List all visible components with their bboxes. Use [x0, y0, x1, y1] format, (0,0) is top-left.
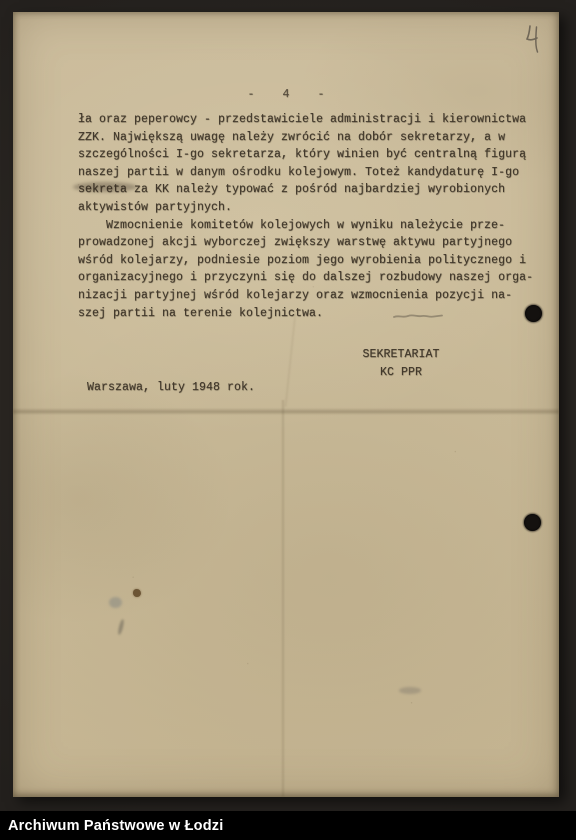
dateline: Warszawa, luty 1948 rok. — [87, 379, 255, 397]
pencil-squiggle-mark — [393, 311, 443, 320]
archive-name-label: Archiwum Państwowe w Łodzi — [0, 818, 223, 834]
typed-line: aktywistów partyjnych. — [78, 199, 548, 217]
document-page: - 4 - ła oraz peperowcy - przedstawiciel… — [13, 12, 559, 797]
archive-footer-bar: Archiwum Państwowe w Łodzi — [0, 811, 576, 840]
signature-committee: KC PPR — [361, 364, 441, 382]
stain-gray — [109, 597, 122, 608]
pencil-numeral-4-icon — [524, 23, 544, 55]
typed-line: wśród kolejarzy, podniesie poziom jego w… — [78, 252, 548, 270]
punch-hole-upper — [525, 305, 542, 322]
typed-line: naszej partii w danym ośrodku kolejowym.… — [78, 164, 548, 182]
typed-line: ła oraz peperowcy - przedstawiciele admi… — [78, 111, 548, 129]
typed-line: nizacji partyjnej wśród kolejarzy oraz w… — [78, 287, 548, 305]
typed-line: szej partii na terenie kolejnictwa. — [78, 305, 548, 323]
typewriter-correction-smudge — [73, 182, 137, 192]
faint-smudge — [399, 687, 421, 694]
typed-body-text: ła oraz peperowcy - przedstawiciele admi… — [78, 111, 548, 322]
typed-line: Wzmocnienie komitetów kolejowych w wynik… — [78, 217, 548, 235]
signature-org: SEKRETARIAT — [361, 346, 441, 364]
scan-viewer: - 4 - ła oraz peperowcy - przedstawiciel… — [0, 0, 576, 840]
typed-line: ZZK. Największą uwagę należy zwrócić na … — [78, 129, 548, 147]
typed-line: organizacyjnego i przyczyni się do dalsz… — [78, 269, 548, 287]
stain-gray-tail — [117, 619, 125, 635]
stain-brown — [133, 589, 141, 597]
typed-line: prowadzonej akcji wyborczej zwiększy war… — [78, 234, 548, 252]
typed-page-number: - 4 - — [13, 88, 559, 101]
typed-line: szczególności I-go sekretarza, który win… — [78, 146, 548, 164]
fold-crease-vertical — [281, 400, 285, 797]
fold-crease-horizontal — [13, 408, 559, 415]
punch-hole-lower — [524, 514, 541, 531]
typed-line: sekreta za KK należy typować z pośród na… — [78, 181, 548, 199]
fold-crease-vertical-upper — [284, 312, 297, 407]
signature-block: SEKRETARIAT KC PPR — [361, 346, 441, 381]
